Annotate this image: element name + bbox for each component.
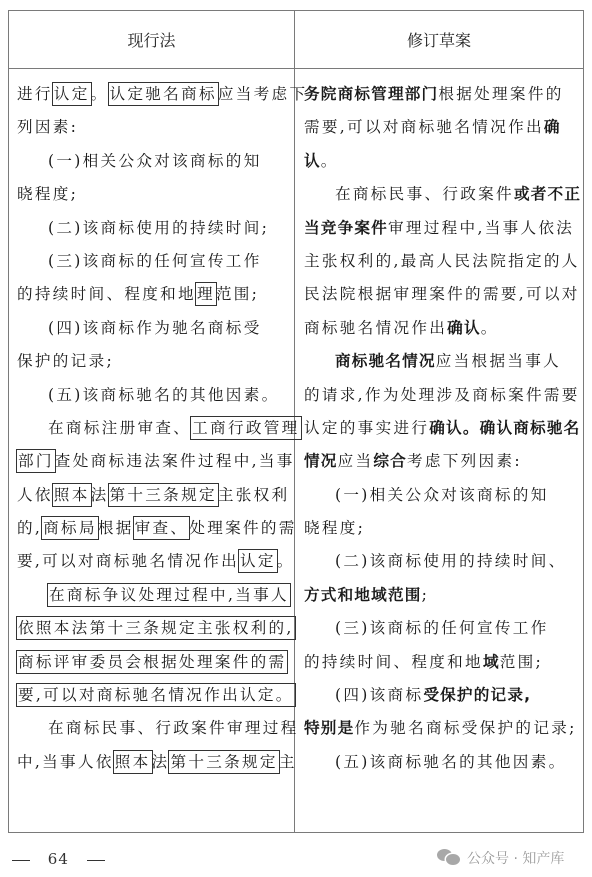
text-segment: 的持续时间、程度和地 — [304, 653, 483, 671]
text-segment: 的持续时间、程度和地 — [17, 285, 196, 303]
boxed-text: 照本 — [52, 483, 92, 507]
text-line: 务院商标管理部门根据处理案件的 — [304, 78, 577, 111]
page-number-text: 64 — [48, 850, 69, 868]
text-line: 方式和地域范围; — [304, 579, 577, 612]
text-line: 依照本法第十三条规定主张权利的, — [17, 612, 288, 645]
text-line: 的,商标局根据审查、处理案件的需 — [17, 512, 288, 545]
text-segment: 法 — [91, 486, 109, 504]
text-line: (一)相关公众对该商标的知 — [304, 479, 577, 512]
text-segment: 进行 — [17, 85, 53, 103]
text-segment: 范围; — [216, 285, 259, 303]
text-segment: (五)该商标驰名的其他因素。 — [335, 753, 567, 771]
bold-text: 务院商标管理部门 — [304, 85, 438, 103]
text-segment: (二)该商标使用的持续时间、 — [335, 552, 567, 570]
text-segment: 审理过程中,当事人依法 — [388, 219, 574, 237]
text-line: 晓程度; — [17, 178, 288, 211]
text-segment: 主张权利的,最高人民法院指定的人 — [304, 252, 580, 270]
text-segment: 的请求,作为处理涉及商标案件需要 — [304, 386, 580, 404]
current-law-column: 进行认定。认定驰名商标应当考虑下列因素:(一)相关公众对该商标的知晓程度;(二)… — [9, 69, 295, 832]
text-line: (四)该商标作为驰名商标受 — [17, 312, 288, 345]
text-line: (五)该商标驰名的其他因素。 — [17, 379, 288, 412]
boxed-text: 第十三条规定 — [108, 483, 219, 507]
boxed-text: 认定 — [238, 549, 278, 573]
text-segment: (三)该商标的任何宣传工作 — [48, 252, 262, 270]
text-line: 在商标争议处理过程中,当事人 — [17, 579, 288, 612]
text-segment: ; — [422, 586, 430, 604]
table-body-row: 进行认定。认定驰名商标应当考虑下列因素:(一)相关公众对该商标的知晓程度;(二)… — [9, 69, 583, 832]
boxed-text: 在商标争议处理过程中,当事人 — [47, 583, 291, 607]
text-segment: 晓程度; — [17, 185, 78, 203]
text-line: 要,可以对商标驰名情况作出认定。 — [17, 545, 288, 578]
text-segment: (四)该商标 — [335, 686, 423, 704]
bold-text: 特别是 — [304, 719, 354, 737]
text-segment: 在商标注册审查、 — [48, 419, 191, 437]
text-line: 主张权利的,最高人民法院指定的人 — [304, 245, 577, 278]
text-segment: 列因素: — [17, 118, 78, 136]
text-segment: 。 — [91, 85, 109, 103]
text-line: 特别是作为驰名商标受保护的记录; — [304, 712, 577, 745]
text-segment: 处理案件的需 — [189, 519, 296, 537]
text-line: 的请求,作为处理涉及商标案件需要 — [304, 379, 577, 412]
text-line: 部门查处商标违法案件过程中,当事 — [17, 445, 288, 478]
text-segment: 人依 — [17, 486, 53, 504]
bold-text: 认 — [304, 152, 321, 170]
text-segment: 。 — [321, 152, 339, 170]
text-segment: 作为驰名商标受保护的记录; — [354, 719, 576, 737]
bold-text: 域 — [483, 653, 500, 671]
text-segment: (三)该商标的任何宣传工作 — [335, 619, 549, 637]
text-segment: 。 — [277, 552, 295, 570]
text-segment: (一)相关公众对该商标的知 — [335, 486, 549, 504]
text-segment: 民法院根据审理案件的需要,可以对 — [304, 285, 580, 303]
header-current-law: 现行法 — [9, 11, 295, 68]
text-segment: 在商标民事、行政案件 — [335, 185, 514, 203]
text-line: 商标评审委员会根据处理案件的需 — [17, 646, 288, 679]
bold-text: 确 — [544, 118, 561, 136]
bold-text: 商标驰名情况 — [335, 352, 436, 370]
text-line: 的持续时间、程度和地理范围; — [17, 278, 288, 311]
bold-text: 或者不正 — [514, 185, 581, 203]
bold-text: 综合 — [373, 452, 407, 470]
text-line: 情况应当综合考虑下列因素: — [304, 445, 577, 478]
text-line: 晓程度; — [304, 512, 577, 545]
header-revised-draft: 修订草案 — [295, 11, 583, 68]
wechat-icon — [437, 848, 461, 868]
bold-text: 确认 — [447, 319, 481, 337]
text-line: (五)该商标驰名的其他因素。 — [304, 746, 577, 779]
text-segment: 商标驰名情况作出 — [304, 319, 447, 337]
text-line: 人依照本法第十三条规定主张权利 — [17, 479, 288, 512]
text-line: (一)相关公众对该商标的知 — [17, 145, 288, 178]
text-line: (二)该商标使用的持续时间; — [17, 212, 288, 245]
boxed-text: 工商行政管理 — [190, 416, 301, 440]
text-segment: (二)该商标使用的持续时间; — [48, 219, 269, 237]
text-line: 在商标注册审查、工商行政管理 — [17, 412, 288, 445]
text-line: 在商标民事、行政案件或者不正 — [304, 178, 577, 211]
text-segment: 法 — [152, 753, 170, 771]
text-line: 列因素: — [17, 111, 288, 144]
text-segment: 考虑下列因素: — [407, 452, 522, 470]
text-line: 在商标民事、行政案件审理过程 — [17, 712, 288, 745]
boxed-text: 依照本法第十三条规定主张权利的, — [16, 616, 296, 640]
text-segment: (四)该商标作为驰名商标受 — [48, 319, 262, 337]
boxed-text: 部门 — [16, 449, 56, 473]
boxed-text: 认定 — [52, 82, 92, 106]
text-segment: 应当考虑下 — [218, 85, 307, 103]
text-segment: 在商标民事、行政案件审理过程 — [48, 719, 299, 737]
boxed-text: 认定驰名商标 — [108, 82, 219, 106]
page-number: 64 — [12, 850, 105, 868]
text-line: 进行认定。认定驰名商标应当考虑下 — [17, 78, 288, 111]
text-line: 要,可以对商标驰名情况作出认定。 — [17, 679, 288, 712]
bold-text: 情况 — [304, 452, 338, 470]
watermark-text: 公众号 · 知产库 — [467, 848, 564, 868]
boxed-text: 理 — [195, 282, 217, 306]
text-line: 的持续时间、程度和地域范围; — [304, 646, 577, 679]
bold-text: 确认。确认商标驰名 — [429, 419, 580, 437]
text-line: (二)该商标使用的持续时间、 — [304, 545, 577, 578]
text-line: 商标驰名情况应当根据当事人 — [304, 345, 577, 378]
revised-draft-column: 务院商标管理部门根据处理案件的需要,可以对商标驰名情况作出确认。在商标民事、行政… — [295, 69, 583, 832]
boxed-text: 第十三条规定 — [168, 750, 279, 774]
text-segment: 查处商标违法案件过程中,当事 — [55, 452, 295, 470]
text-segment: 应当 — [338, 452, 374, 470]
text-segment: 要,可以对商标驰名情况作出 — [17, 552, 239, 570]
text-segment: 。 — [481, 319, 499, 337]
boxed-text: 照本 — [113, 750, 153, 774]
text-segment: (一)相关公众对该商标的知 — [48, 152, 262, 170]
text-segment: 认定的事实进行 — [304, 419, 429, 437]
text-line: (三)该商标的任何宣传工作 — [304, 612, 577, 645]
text-segment: (五)该商标驰名的其他因素。 — [48, 386, 280, 404]
text-segment: 的, — [17, 519, 42, 537]
text-line: 当竞争案件审理过程中,当事人依法 — [304, 212, 577, 245]
text-line: 中,当事人依照本法第十三条规定主 — [17, 746, 288, 779]
dash-left — [12, 860, 30, 861]
watermark: 公众号 · 知产库 — [437, 846, 564, 870]
text-line: 保护的记录; — [17, 345, 288, 378]
bold-text: 当竞争案件 — [304, 219, 388, 237]
boxed-text: 要,可以对商标驰名情况作出认定。 — [16, 683, 296, 707]
text-segment: 晓程度; — [304, 519, 365, 537]
text-segment: 主张权利 — [218, 486, 290, 504]
text-segment: 中,当事人依 — [17, 753, 114, 771]
text-segment: 根据 — [98, 519, 134, 537]
boxed-text: 审查、 — [133, 516, 191, 540]
text-line: 民法院根据审理案件的需要,可以对 — [304, 278, 577, 311]
dash-right — [87, 860, 105, 861]
text-segment: 保护的记录; — [17, 352, 114, 370]
text-segment: 根据处理案件的 — [438, 85, 563, 103]
text-segment: 应当根据当事人 — [436, 352, 561, 370]
text-segment: 范围; — [500, 653, 543, 671]
text-line: (三)该商标的任何宣传工作 — [17, 245, 288, 278]
bold-text: 受保护的记录, — [423, 686, 531, 704]
table-header-row: 现行法 修订草案 — [9, 11, 583, 69]
text-segment: 需要,可以对商标驰名情况作出 — [304, 118, 544, 136]
boxed-text: 商标局 — [41, 516, 99, 540]
text-line: 认。 — [304, 145, 577, 178]
text-line: 商标驰名情况作出确认。 — [304, 312, 577, 345]
comparison-table: 现行法 修订草案 进行认定。认定驰名商标应当考虑下列因素:(一)相关公众对该商标… — [8, 10, 584, 833]
text-line: (四)该商标受保护的记录, — [304, 679, 577, 712]
text-line: 认定的事实进行确认。确认商标驰名 — [304, 412, 577, 445]
text-line: 需要,可以对商标驰名情况作出确 — [304, 111, 577, 144]
boxed-text: 商标评审委员会根据处理案件的需 — [16, 650, 288, 674]
bold-text: 方式和地域范围 — [304, 586, 422, 604]
